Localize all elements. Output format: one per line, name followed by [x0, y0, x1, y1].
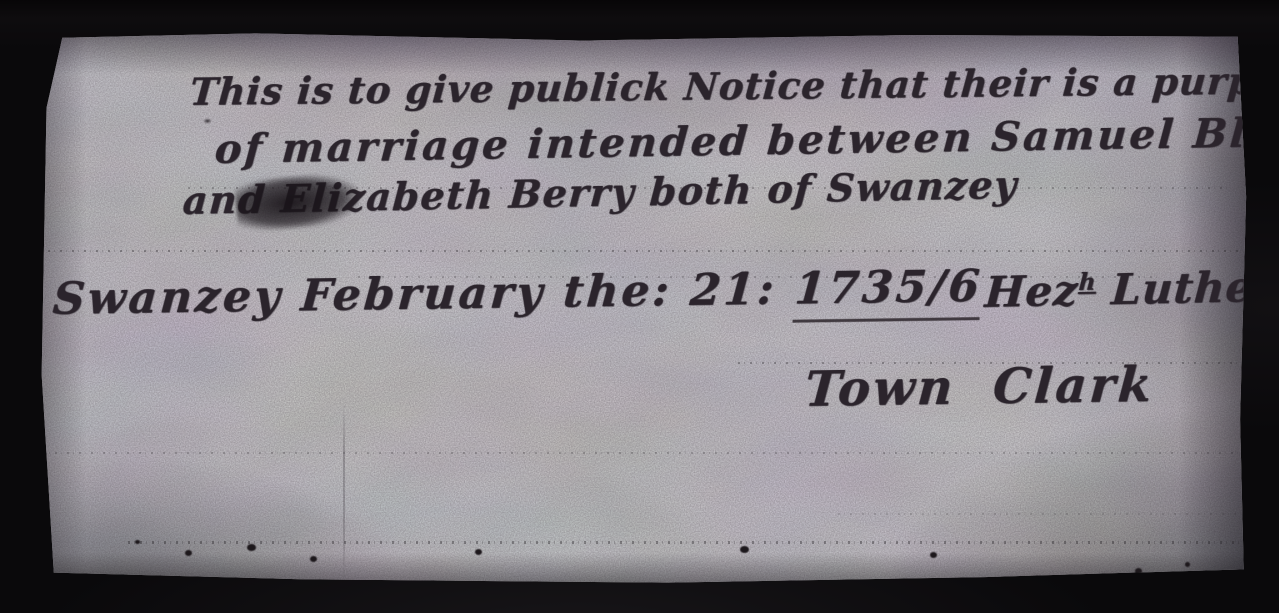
dateline-text: Swanzey February the: 21: [51, 264, 797, 325]
ink-dot [1185, 562, 1190, 567]
ink-dot [310, 556, 317, 562]
clerk-signature: Hezh Luther [983, 262, 1251, 317]
dateline-year-underlined: 1735/6 [792, 261, 983, 323]
ink-dot [135, 540, 140, 544]
clerk-title: Town Clark [803, 357, 1156, 418]
signature-surname: Luther [1094, 262, 1251, 315]
fold-speckle-line [128, 541, 1243, 544]
ink-blot [234, 171, 360, 233]
ink-dot [1135, 568, 1142, 574]
ink-dot [740, 546, 749, 553]
ink-dot [475, 549, 482, 555]
photo-frame: This is to give publick Notice that thei… [0, 0, 1279, 613]
ink-dot [930, 552, 937, 558]
ink-dot [185, 550, 192, 556]
fold-speckle-line [48, 250, 1238, 252]
signature-prefix: Hez [983, 266, 1080, 317]
signature-superscript: h [1078, 269, 1098, 296]
fold-speckle-line [838, 513, 1238, 515]
fold-speckle-line [43, 452, 1243, 454]
document-paper: This is to give publick Notice that thei… [38, 30, 1251, 586]
ink-dot [247, 544, 256, 551]
paper-crease [343, 400, 345, 586]
stray-ink-mark [203, 118, 212, 124]
